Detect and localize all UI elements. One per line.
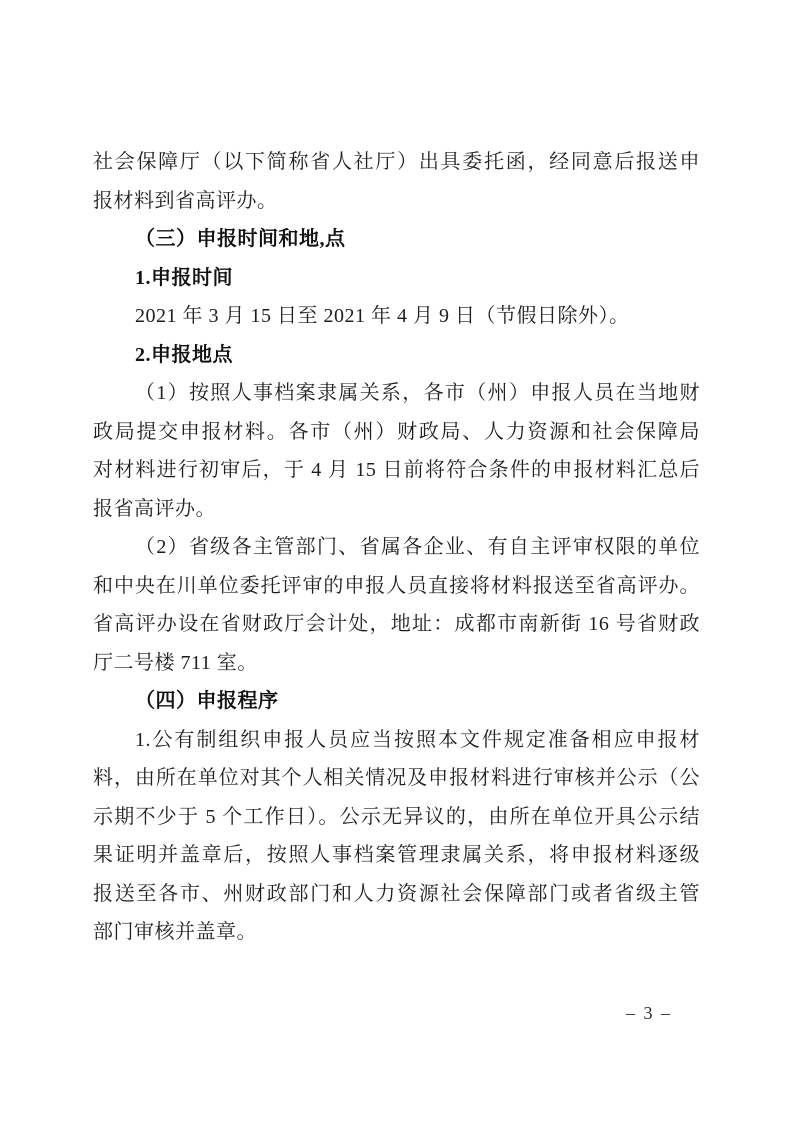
text-line: 果证明并盖章后，按照人事档案管理隶属关系，将申报材料逐级 xyxy=(93,836,700,875)
text-line: 部门审核并盖章。 xyxy=(93,913,700,952)
text-line: 1.公有制组织申报人员应当按照本文件规定准备相应申报材 xyxy=(93,721,700,760)
heading-line: （三）申报时间和地,点 xyxy=(93,220,700,259)
text-line: 省高评办设在省财政厅会计处，地址：成都市南新街 16 号省财政 xyxy=(93,605,700,644)
text-line: 料，由所在单位对其个人相关情况及申报材料进行审核并公示（公 xyxy=(93,759,700,798)
heading-line: 2.申报地点 xyxy=(93,336,700,375)
text-line: 报材料到省高评办。 xyxy=(93,182,700,221)
text-line: 2021 年 3 月 15 日至 2021 年 4 月 9 日（节假日除外）。 xyxy=(93,297,700,336)
text-line: 社会保障厅（以下简称省人社厅）出具委托函，经同意后报送申 xyxy=(93,143,700,182)
text-line: 政局提交申报材料。各市（州）财政局、人力资源和社会保障局 xyxy=(93,413,700,452)
document-body: 社会保障厅（以下简称省人社厅）出具委托函，经同意后报送申报材料到省高评办。（三）… xyxy=(93,143,700,952)
heading-line: 1.申报时间 xyxy=(93,259,700,298)
text-line: 厅二号楼 711 室。 xyxy=(93,644,700,683)
text-line: （1）按照人事档案隶属关系，各市（州）申报人员在当地财 xyxy=(93,374,700,413)
text-line: 示期不少于 5 个工作日）。公示无异议的，由所在单位开具公示结 xyxy=(93,798,700,837)
page-number: – 3 – xyxy=(0,1001,672,1025)
document-page: 社会保障厅（以下简称省人社厅）出具委托函，经同意后报送申报材料到省高评办。（三）… xyxy=(0,0,793,1123)
text-line: 报送至各市、州财政部门和人力资源社会保障部门或者省级主管 xyxy=(93,875,700,914)
text-line: 对材料进行初审后，于 4 月 15 日前将符合条件的申报材料汇总后 xyxy=(93,451,700,490)
text-line: 报省高评办。 xyxy=(93,490,700,529)
heading-line: （四）申报程序 xyxy=(93,682,700,721)
text-line: （2）省级各主管部门、省属各企业、有自主评审权限的单位 xyxy=(93,528,700,567)
text-line: 和中央在川单位委托评审的申报人员直接将材料报送至省高评办。 xyxy=(93,567,700,606)
